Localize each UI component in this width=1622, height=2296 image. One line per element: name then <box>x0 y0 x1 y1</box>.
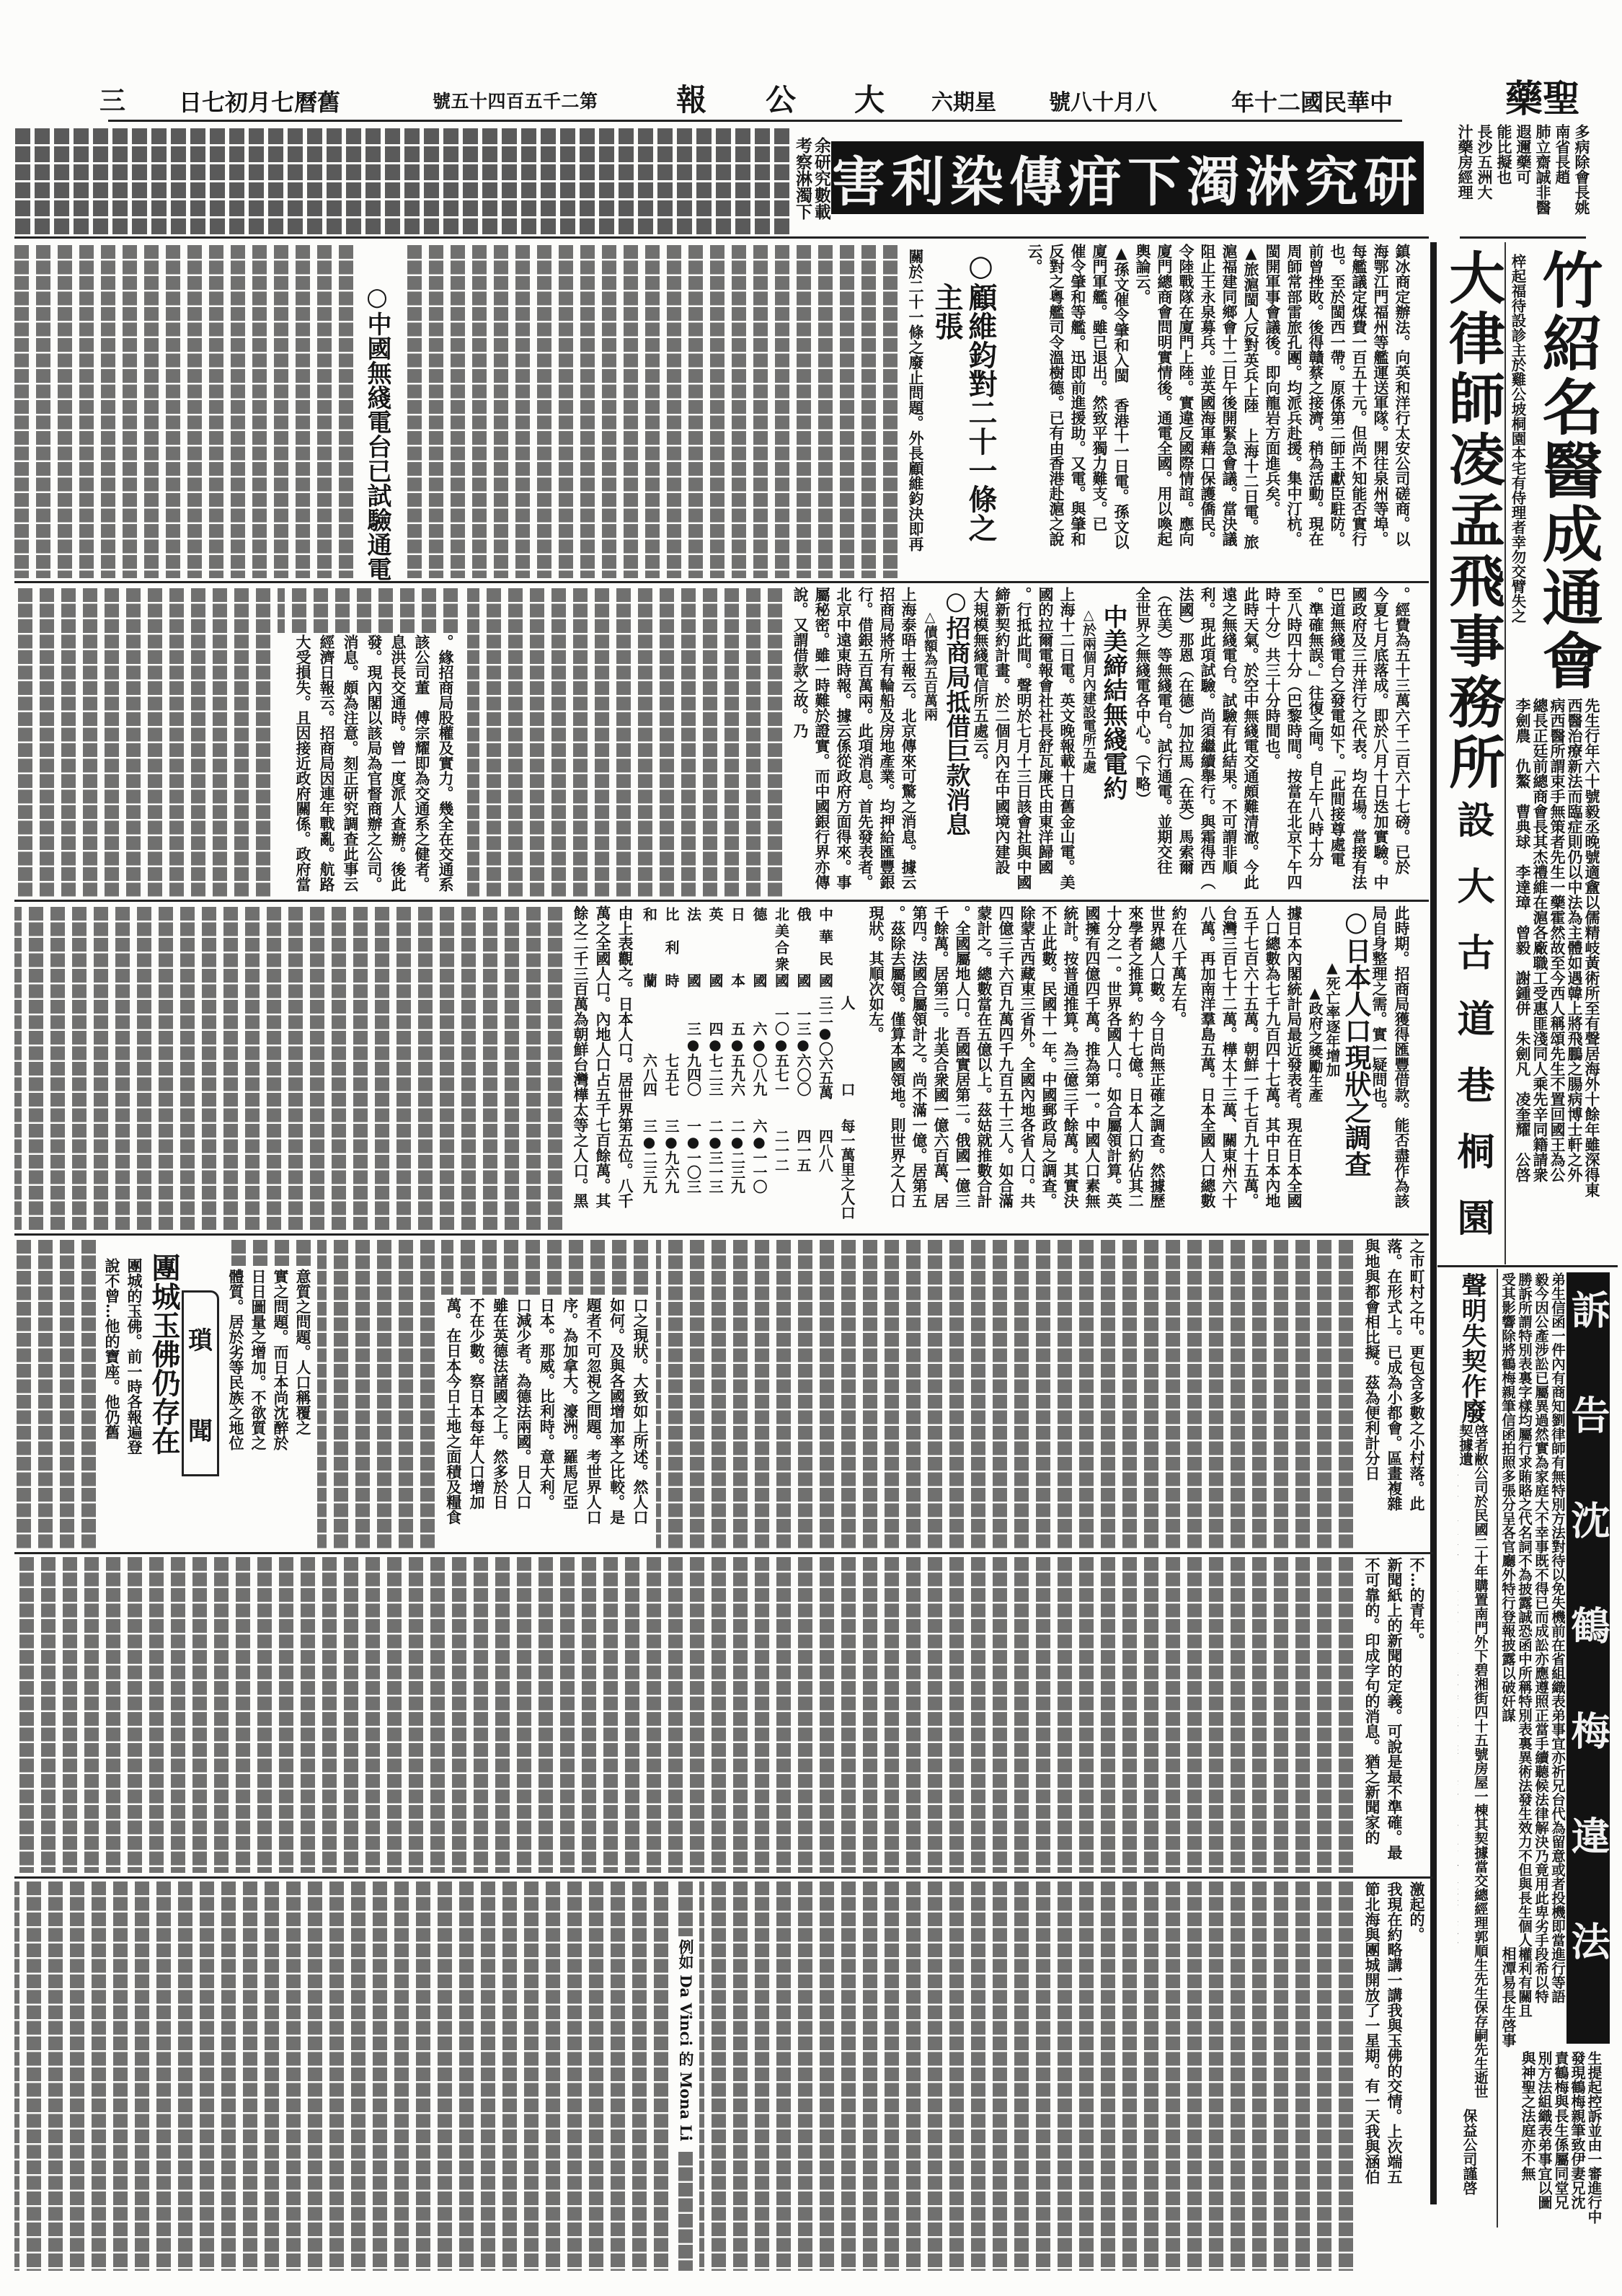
table-row: 俄國 一三●六〇〇 四一五 <box>792 907 815 1230</box>
section-rule <box>14 1233 1429 1236</box>
ad-rule <box>1460 236 1586 239</box>
text-column: 。茲除去屬領。僅算本國領地。則世界之人口 <box>887 905 908 1230</box>
text-column: 每艦議定煤費一百五十元。但尚不知能否實行 <box>1348 244 1370 579</box>
gu-weijun-article: 關於二十一條之廢止問題。外長顧維鈞決即再 <box>903 249 926 579</box>
art-reference-column: 例如 Da Vinci 的 Mona Lisa <box>675 1939 696 2148</box>
sino-us-radio-article: 上海十二日電。英文晚報載十日舊金山電。美 國的拉爾電報會社社長舒瓦廉氏由東洋歸國… <box>970 587 1078 897</box>
text-column: 上海十二日電。英文晚報載十日舊金山電。美 <box>1056 587 1078 897</box>
text-column: 五千七百六十五萬。朝鮮一千七百九十五萬。 <box>1240 905 1262 1230</box>
table-row: 北美合衆國 一〇●五七一 二一二 <box>770 907 792 1230</box>
text-column: 之市町村之中。更包含多數之小村落。此 <box>1406 1238 1428 1548</box>
text-column: 此時天氣。於空中無綫電交通頗難清澈。今此 <box>1240 587 1262 897</box>
misc-news-section-label: 瑣 聞 <box>182 1290 219 1476</box>
section-label-char: 聞 <box>188 1411 213 1447</box>
table-header: 人口 每一萬里之人口 <box>836 907 859 1230</box>
text-column: 四億三千六百九萬四千九百五十三人。如合滿 <box>995 905 1016 1230</box>
text-column: 。經費為五十三萬六千二百六十七磅。已於 <box>1391 587 1413 897</box>
column-divider <box>1430 242 1437 2204</box>
text-column: 團城的玉佛。前一時各報遍登 <box>123 1258 146 1548</box>
text-column: 八萬。再加南洋羣島五萬。日本全國人口總數 <box>1197 905 1218 1230</box>
country: 中華民國 <box>814 907 836 988</box>
text-column: 關於二十一條之廢止問題。外長顧維鈞決即再 <box>905 249 926 579</box>
text-column: 也。至於閩西一帶。原係第二師王獻臣駐防。 <box>1326 244 1348 579</box>
top-ad-headline-banner: 研究淋濁下疳傳染利害 <box>831 141 1424 214</box>
text-column: 南省長趙 <box>1553 124 1572 234</box>
text-column: 毅今因公產涉訟已屬異過然實為家庭大不幸事既不得已而成訟亦應遵照正當手續聽候法律解… <box>1533 1272 1549 2047</box>
text-column: 雖在英德法諸國之上。然多於日 <box>488 1298 511 1548</box>
table-row: 法國 三●九四〇 一●一〇三 <box>682 907 704 1230</box>
text-column: 發。現內閣以該局為官督商辦之公司。 <box>363 634 386 897</box>
section-rule <box>14 581 1429 583</box>
section-rule <box>14 236 1429 239</box>
masthead-bao: 報 <box>676 85 706 115</box>
population: 四●七二三 <box>704 996 727 1096</box>
text-column: （在美）等無綫電台。試行通電。並期交往 <box>1153 587 1175 897</box>
top-ad-lead: 余研究數載 考察淋濁下 <box>793 137 830 234</box>
jade-buddha-continuation: 不…的青年。 新聞紙上的新聞的定義。可說是最不準確。最 不可靠的。印成字句的消息… <box>1361 1557 1428 1873</box>
text-column: 反對之粵艦司令溫樹德。已有由香港赴滬之說 <box>1045 244 1067 579</box>
illegible-text-block <box>441 1240 652 1295</box>
radio-station-headline: ○中國無綫電台已試驗通電 <box>360 283 394 581</box>
country: 英國 <box>704 907 727 988</box>
text-column: 屬秘密。雖一時難於證實。而中國銀行界亦傳 <box>811 587 833 897</box>
text-column: 大受損失。且因接近政府關係。政府當 <box>291 634 315 897</box>
text-column: 體質。居於劣等民族之地位 <box>225 1269 247 1548</box>
text-column: 此時期。招商局獲得匯豐借款。能否盡作為該 <box>1391 905 1413 1230</box>
text-column: 經濟日報云。招商局因連年戰亂。航路 <box>315 634 339 897</box>
text-column: 序。為加拿大。濠洲。羅馬尼亞 <box>558 1298 581 1548</box>
lawyer-ad-address: 設大古道巷桐園 <box>1450 800 1494 1264</box>
text-column: 受其影響除將鶴梅親筆信函拍照多張分呈各官廳外特行登報披露以破奸謀 <box>1499 1272 1516 2047</box>
text-column: 催令肇和等艦。迅即前進援助。又電。與肇和 <box>1067 244 1089 579</box>
section-label-char: 瑣 <box>188 1321 213 1356</box>
text-column: 時十分）共三十分時間也。 <box>1262 587 1283 897</box>
country: 北美合衆國 <box>770 907 792 988</box>
lost-deed-ad-signature: 保益公司謹啓 <box>1461 2109 1478 2195</box>
china-merchants-article: 上海泰晤士報云。北京傳來可驚之消息。據云 招商局將所有輪船及房地產業。均押給匯豐… <box>789 587 919 897</box>
section-rule <box>14 1552 1433 1554</box>
text-column: 與神聖之法庭亦不無 <box>1519 2051 1535 2231</box>
text-column: 日日圖量之增加。不欲質之 <box>247 1269 270 1548</box>
text-column: 鎮冰商定辦法。向英和洋行太安公司磋商。以 <box>1391 244 1413 579</box>
text-column: 落。在形式上。已成為小都會。區畫複雜 <box>1383 1238 1406 1548</box>
illegible-text-block <box>675 1881 696 1936</box>
text-column: 能比擬也 <box>1494 124 1514 234</box>
text-column: 例如 Da Vinci 的 Mona Lisa <box>675 1939 696 2148</box>
doctor-ad-body: 先生行年六十號毅丞晚號適盦以儒精岐黃術所至有聲居海外十餘年雖深得東 西醫治療新法… <box>1512 698 1600 1267</box>
text-column: 統計。按普通推算。為三億三千餘萬。其實決 <box>1060 905 1081 1230</box>
text-column: 與地與都會相比擬。茲為便利計分日 <box>1361 1238 1383 1548</box>
text-column: 千餘萬。居第三。北美合衆國一億六百萬、居 <box>930 905 952 1230</box>
text-column: 說不曾…他的寶座。他仍舊 <box>101 1258 123 1548</box>
text-column: 輿論云。 <box>1132 244 1153 579</box>
text-column: 勝訴所謂特別表裏字樣均屬行求賄賂之代名詞不為披露誠恐函中所稱特別表裏異術法發生效… <box>1516 1272 1533 2047</box>
text-column: 行。借銀五百萬兩。此項消息。首先發表者。 <box>854 587 876 897</box>
text-column: 約在八千萬左右。 <box>1168 905 1189 1230</box>
text-column: 多病除會長姚 <box>1572 124 1592 234</box>
density: 二●二三九 <box>726 1119 748 1172</box>
text-column: 考察淋濁下 <box>793 137 812 234</box>
text-column: 余研究數載 <box>812 137 830 234</box>
text-column: 據日本內閣統計局最近發表者。現在日本全國 <box>1283 905 1305 1230</box>
yi-ad-body: 弟生信函一件內有商知劉律師有無特別方法對待以免失機前在省組織表弟事宜亦祈兄台代為… <box>1499 1272 1566 2047</box>
text-column: 長沙五洲大 <box>1475 124 1494 234</box>
population: 七五七 <box>660 996 683 1096</box>
table-row: 英國 四●七二三 二●三一三 <box>704 907 727 1230</box>
illegible-text-block <box>467 588 786 897</box>
text-column: 來學者之推算。約十七億。日本人口約佔其二 <box>1125 905 1146 1230</box>
text-column: 汁藥房經理 <box>1455 124 1475 234</box>
gu-weijun-headline-tail: 主張 <box>930 283 963 340</box>
top-ad-headline: 研究淋濁下疳傳染利害 <box>832 140 1423 216</box>
text-column: 該公司董 傅宗耀即為交通系之健者。 <box>410 634 434 897</box>
text-column: 云。 <box>1024 244 1045 579</box>
text-column: 如何。及與各國增加率之比較。是 <box>605 1298 628 1548</box>
japan-population-subheading: ▲政府之獎勵生產 <box>1306 984 1324 1102</box>
lawyer-ad-title: 大律師凌孟飛事務所 <box>1442 249 1502 794</box>
lost-deed-ad-title: 聲明失契作廢 <box>1456 1272 1488 1424</box>
japan-population-after-table: 由上表觀之。日本人口。居世界第五位。八千 萬之全國人口。內地人口占五千七百餘萬。… <box>570 905 637 1230</box>
text-column: 現狀。其順次如左。 <box>865 905 887 1230</box>
text-column: 口之現狀。大致如上所述。然人口 <box>629 1298 652 1548</box>
text-column: 蒙計之。總數當在五億以上。茲姑就推數合計 <box>973 905 995 1230</box>
illegible-text-block <box>14 1881 672 2271</box>
density: 二一二 <box>770 1119 792 1172</box>
population-table: 人口 每一萬里之人口 中華民國 三二●〇六五萬 四八八 俄國 一三●六〇〇 四一… <box>638 907 858 1230</box>
text-column: 節北海與團城開放了一星期。有一天我與涵伯 <box>1361 1881 1383 2202</box>
table-row: 中華民國 三二●〇六五萬 四八八 <box>814 907 836 1230</box>
table-row: 日本 五●五九六 二●二三九 <box>726 907 748 1230</box>
text-column: 第四。法國合屬領計之。尚不滿一億。居第五 <box>908 905 930 1230</box>
date-year: 中華民國二十年 <box>1231 91 1393 114</box>
subheading: ▲旅滬閩人反對英兵上陸 上海十二日電。旅 <box>1240 244 1262 579</box>
illegible-text-block <box>699 1881 1357 2271</box>
text-column: 息洪長交通時。曾一度派人查辦。後此 <box>386 634 410 897</box>
table-header-population: 人口 <box>836 996 859 1096</box>
illegible-text-block <box>225 1240 314 1266</box>
text-column: 新聞紙上的新聞的定義。可說是最不準確。最 <box>1383 1557 1406 1873</box>
country: 法國 <box>682 907 704 988</box>
header-rule <box>108 120 1402 122</box>
page-number: 三 <box>99 88 125 114</box>
text-column: 廈門軍艦。雖已退出。然致平獨力難支。已 <box>1089 244 1110 579</box>
text-column: 不…的青年。 <box>1406 1557 1428 1873</box>
lost-deed-ad-body: 啓者敝公司於民國二十年購置南門外下碧湘街四十五號房屋一棟其契據當交總經理郭順生先… <box>1458 1424 1488 2105</box>
shengyao-ad-title: 聖藥 <box>1505 81 1580 118</box>
country: 德國 <box>748 907 771 988</box>
population: 一〇●五七一 <box>770 996 792 1096</box>
country: 日本 <box>726 907 748 988</box>
illegible-text-block <box>14 588 274 897</box>
text-column: 遐邇藥可 <box>1514 124 1533 234</box>
density: 三●九六九 <box>660 1119 683 1172</box>
text-column: 啓者敝公司於民國二十年購置南門外下碧湘街四十五號房屋一棟其契據當交總經理郭順生先… <box>1458 1424 1488 2105</box>
text-column: 李劍農 仇鰲 曹典球 李達璋 曾毅 謝鍾併 朱劍凡 凌奎耀 公啓 <box>1514 698 1531 1267</box>
illegible-text-block <box>14 907 566 1230</box>
text-column: 至八時四十分（巴黎時間。按當在北京下午四 <box>1283 587 1305 897</box>
subheading: ▲孫文催令肇和入閩 香港十一日電。孫文以 <box>1110 244 1132 579</box>
text-column: 人口總數為七千九百四十七萬。其中日本內地 <box>1262 905 1283 1230</box>
section-rule <box>14 900 1429 902</box>
japan-population-intro: 據日本內閣統計局最近發表者。現在日本全國 人口總數為七千九百四十七萬。其中日本內… <box>1197 905 1305 1230</box>
density: 一●一〇三 <box>682 1119 704 1172</box>
jade-buddha-headline: 團城玉佛仍存在 <box>148 1253 180 1455</box>
text-column: 北京中遠東時報。據云係從政府方面得來。事 <box>833 587 854 897</box>
population: 六●〇八九 <box>748 996 771 1096</box>
text-column: 締新契約計畫。於二個月內在中國境內建設 <box>991 587 1013 897</box>
text-column: 前曾挫敗。後得贛蔡之接濟。稍為活動。現在 <box>1305 244 1326 579</box>
text-column: 廈門總商會問明實情後。通電全國。用以喚起 <box>1153 244 1175 579</box>
text-column: 世界總人口數。今日尚無正確之調查。然據歷 <box>1146 905 1168 1230</box>
china-merchants-continuation: 。緣招商局股權及實力。幾全在交通系 該公司董 傅宗耀即為交通系之健者。 息洪長交… <box>278 634 458 897</box>
section-rule <box>14 1876 1433 1879</box>
ad-rule <box>1437 1265 1618 1267</box>
masthead-gong: 公 <box>766 85 796 115</box>
text-column: 巴道無綫電台之發電如下。「此間接尊處電 <box>1326 587 1348 897</box>
yi-ad-lower-body: 生提起控訴並由一審進行中 發現鶴梅親筆致伊妻兄沈 責鶴梅與長生係屬同堂兄 別方法… <box>1517 2051 1602 2231</box>
population: 六八四 <box>638 996 660 1096</box>
illegible-text-block <box>404 245 901 578</box>
country: 和蘭 <box>638 907 660 988</box>
sino-us-radio-subheading: △於兩個月內建設電所五處 <box>1080 607 1097 774</box>
density: 四一五 <box>792 1119 815 1172</box>
text-column: 海鄂江門福州等艦運送軍隊。開往泉州等埠。 <box>1370 244 1391 579</box>
text-column: 由上表觀之。日本人口。居世界第五位。八千 <box>614 905 637 1230</box>
newspaper-page: 三 舊曆七月初七日 第二千五百四十五號 報 公 大 星期六 八月十八號 中華民國… <box>0 0 1622 2296</box>
issue-number: 第二千五百四十五號 <box>433 92 598 110</box>
text-column: 說。又謂借款之故。乃 <box>789 587 811 897</box>
china-merchants-ending: 此時期。招商局獲得匯豐借款。能否盡作為該 局自身整理之需。實一疑問也。 <box>1368 905 1413 1230</box>
country: 比利時 <box>660 907 683 988</box>
text-column: 不在少數。察日本每年人口增加 <box>465 1298 488 1548</box>
yi-ad-signature: 相潭易長生啓事 <box>1499 1946 1516 2047</box>
text-column: 口減少者。為德法兩國。日人口 <box>512 1298 535 1548</box>
text-column: 。緣招商局股權及實力。幾全在交通系 <box>434 634 458 897</box>
density: 四八八 <box>814 1119 836 1172</box>
text-column: 國擁有四億四千萬。推為第一。中國人口素無 <box>1081 905 1103 1230</box>
text-column: 不可靠的。印成字句的消息。猶之新聞家的 <box>1361 1557 1383 1873</box>
text-column: 梓起福待設診主於雞公坡桐園本宅有侍理者幸勿交臂失之 <box>1508 254 1527 643</box>
text-column: 今夏七月底落成。即於八月十日迭加實驗。中 <box>1370 587 1391 897</box>
text-column: 餘之二千三百萬為朝鮮台灣樺太等之人口。黑 <box>570 905 592 1230</box>
text-column: 。準確無誤。」往復之間。自上午八時十分 <box>1305 587 1326 897</box>
text-column: 責鶴梅與長生係屬同堂兄 <box>1552 2051 1569 2231</box>
weekday: 星期六 <box>931 92 996 114</box>
text-column: 弟生信函一件內有商知劉律師有無特別方法對待以免失機前在省組織表弟事宜亦祈兄台代為… <box>1549 1272 1566 2047</box>
date-month-day: 八月十八號 <box>1049 92 1157 114</box>
text-column: 全世界之無綫電各中心。（下略） <box>1132 587 1153 897</box>
illegible-text-block <box>14 1557 1357 1873</box>
country: 俄國 <box>792 907 815 988</box>
china-merchants-subheading: △債額為五百萬兩 <box>921 609 939 721</box>
text-column: 國的拉爾電報會社社長舒瓦廉氏由東洋歸國 <box>1034 587 1056 897</box>
text-column: 阻止王永泉募兵。並英國海軍藉口保護僑民。 <box>1197 244 1218 579</box>
text-column: 閩開軍事會議後。即向龍岩方面進兵矣。 <box>1262 244 1283 579</box>
text-column: 法國）那恩（在德）加拉馬（在英）馬索爾 <box>1175 587 1197 897</box>
illegible-text-block <box>675 2152 696 2271</box>
text-column: 國政府及三井洋行之代表。均在場。當接有法 <box>1348 587 1370 897</box>
text-column: 發現鶴梅親筆致伊妻兄沈 <box>1569 2051 1585 2231</box>
population: 五●五九六 <box>726 996 748 1096</box>
table-header-density: 每一萬里之人口 <box>836 1119 859 1227</box>
doctor-ad-title: 竹紹名醫成通會 <box>1535 249 1600 693</box>
density: 三●二三九 <box>638 1119 660 1172</box>
japan-population-closing: 意質之問題。人口稱覆之 實之問題。而日本尚沈醉於 日日圖量之增加。不欲質之 體質… <box>225 1269 314 1548</box>
jade-buddha-article: 團城的玉佛。前一時各報遍登 說不曾…他的寶座。他仍舊 <box>101 1258 146 1548</box>
text-column: 大規模無綫電信所五處云。 <box>970 587 991 897</box>
fujian-news-article: 鎮冰商定辦法。向英和洋行太安公司磋商。以 海鄂江門福州等艦運送軍隊。開往泉州等埠… <box>1024 244 1413 579</box>
population: 一三●六〇〇 <box>792 996 815 1096</box>
text-column: 生提起控訴並由一審進行中 <box>1585 2051 1602 2231</box>
text-column: 意質之問題。人口稱覆之 <box>292 1269 314 1548</box>
illegible-text-block <box>656 1240 1357 1548</box>
jade-buddha-continuation: 激起的。 我現在約略講一講我與玉佛的交情。上次端五 節北海與團城開放了一星期。有… <box>1361 1881 1428 2202</box>
text-column: 。全國屬地人口。吾國實居第二。俄國一億三 <box>952 905 973 1230</box>
text-column: 我現在約略講一講我與玉佛的交情。上次端五 <box>1383 1881 1406 2202</box>
text-column: 題者不可忽視之問題。考世界人口 <box>582 1298 605 1548</box>
japan-population-article: 約在八千萬左右。 世界總人口數。今日尚無正確之調查。然據歷 來學者之推算。約十七… <box>864 905 1189 1230</box>
radio-station-continuation: 。經費為五十三萬六千二百六十七磅。已於 今夏七月底落成。即於八月十日迭加實驗。中… <box>1132 587 1413 897</box>
text-column: 萬之全國人口。內地人口占五千七百餘萬。其 <box>592 905 614 1230</box>
text-column: 萬。在日本今日土地之面積及糧食 <box>441 1298 464 1548</box>
illegible-text-block <box>14 245 357 578</box>
sino-us-radio-headline: 中美締結無綫電約 <box>1098 604 1128 800</box>
lunar-date: 舊曆七月初七日 <box>179 91 340 114</box>
shengyao-ad-body: 多病除會長姚 南省長趙 肺立齋誠非醫 遐邇藥可 能比擬也 長沙五洲大 汁藥房經理 <box>1455 124 1592 234</box>
text-column: 實之問題。而日本尚沈醉於 <box>270 1269 292 1548</box>
japan-population-subheading: ▲死亡率逐年增加 <box>1324 959 1341 1077</box>
japan-population-later: 口之現狀。大致如上所述。然人口 如何。及與各國增加率之比較。是 題者不可忽視之問… <box>441 1298 652 1548</box>
gu-weijun-headline: ○顧維鈞對二十一條之 <box>963 249 998 542</box>
text-column: 滬福建同鄉會十二日午後開緊急會議。當決議 <box>1218 244 1240 579</box>
yi-ad-banner: 訴告沈鶴梅違法 <box>1566 1272 1610 2044</box>
china-merchants-headline: ○招商局抵借巨款消息 <box>941 587 971 836</box>
text-column: 十分之一。世界各國人口。如合屬領計算。英 <box>1103 905 1125 1230</box>
text-column: 激起的。 <box>1406 1881 1428 2202</box>
text-column: 令陸戰隊在廈門上陸。實違反國際情誼。應向 <box>1175 244 1197 579</box>
text-column: 病西醫所謂束手無策者先生一藥霍然故至今西人稱頌先生不置回國王為公 <box>1548 698 1566 1267</box>
ad-divider <box>1497 1269 1498 2228</box>
japan-population-headline: ○日本人口現狀之調查 <box>1341 905 1371 1177</box>
density: 二●三一三 <box>704 1119 727 1172</box>
text-column: 不止此數。民國十一年。中國郵政局之調查。 <box>1038 905 1060 1230</box>
text-column: 日本。那威。比利時。意大利。 <box>535 1298 558 1548</box>
illegible-text-block <box>317 1240 438 1548</box>
illegible-text-block <box>14 1240 99 1548</box>
doctor-ad-note: 梓起福待設診主於雞公坡桐園本宅有侍理者幸勿交臂失之 <box>1508 254 1527 643</box>
text-column: 別方法組織表弟事宜以圖 <box>1535 2051 1552 2231</box>
text-column: 肺立齋誠非醫 <box>1533 124 1553 234</box>
text-column: 台灣三百七十二萬。樺太十三萬、關東州六十 <box>1218 905 1240 1230</box>
text-column: 除蒙古西藏東三省外。全國內地各省人口。共 <box>1016 905 1038 1230</box>
japan-population-right-strip: 之市町村之中。更包含多數之小村落。此 落。在形式上。已成為小都會。區畫複雜 與地… <box>1361 1238 1428 1548</box>
density: 六●一一〇 <box>748 1119 771 1172</box>
table-row: 德國 六●〇八九 六●一一〇 <box>748 907 771 1230</box>
table-row: 和蘭 六八四 三●二三九 <box>638 907 660 1230</box>
text-column: 招商局將所有輪船及房地產業。均押給匯豐銀 <box>876 587 898 897</box>
text-column: 先生行年六十號毅丞晚號適盦以儒精岐黃術所至有聲居海外十餘年雖深得東 <box>1583 698 1600 1267</box>
text-column: 西醫治療新法而臨症則仍以中法為主體如遇韓上將飛鵬之腸病博士軒之外 <box>1566 698 1583 1267</box>
text-column: 消息。頗為注意。刻正研究調查此事云 <box>339 634 363 897</box>
illegible-text-block <box>14 128 792 235</box>
population: 三二●〇六五萬 <box>814 996 836 1096</box>
text-column: 總長正廷前總商會長其杰禮維在滬各廠職工受惠匪淺同人乘先辛同籍請衆 <box>1531 698 1548 1267</box>
illegible-text-block <box>278 588 461 633</box>
population: 三●九四〇 <box>682 996 704 1096</box>
table-row: 比利時 七五七 三●九六九 <box>660 907 683 1230</box>
text-column: 上海泰晤士報云。北京傳來可驚之消息。據云 <box>898 587 919 897</box>
text-column: 。行抵此間。聲明於七月十三日該會社與中國 <box>1013 587 1034 897</box>
text-column: 遠之無綫電台。試驗有此結果。不可謂非順 <box>1218 587 1240 897</box>
masthead-da: 大 <box>854 85 885 115</box>
text-column: 周師常部雷旅孔團。均派兵赴援。集中汀杭。 <box>1283 244 1305 579</box>
text-column: 利。現此項試驗。尚須繼續舉行。與霜得西（ <box>1197 587 1218 897</box>
